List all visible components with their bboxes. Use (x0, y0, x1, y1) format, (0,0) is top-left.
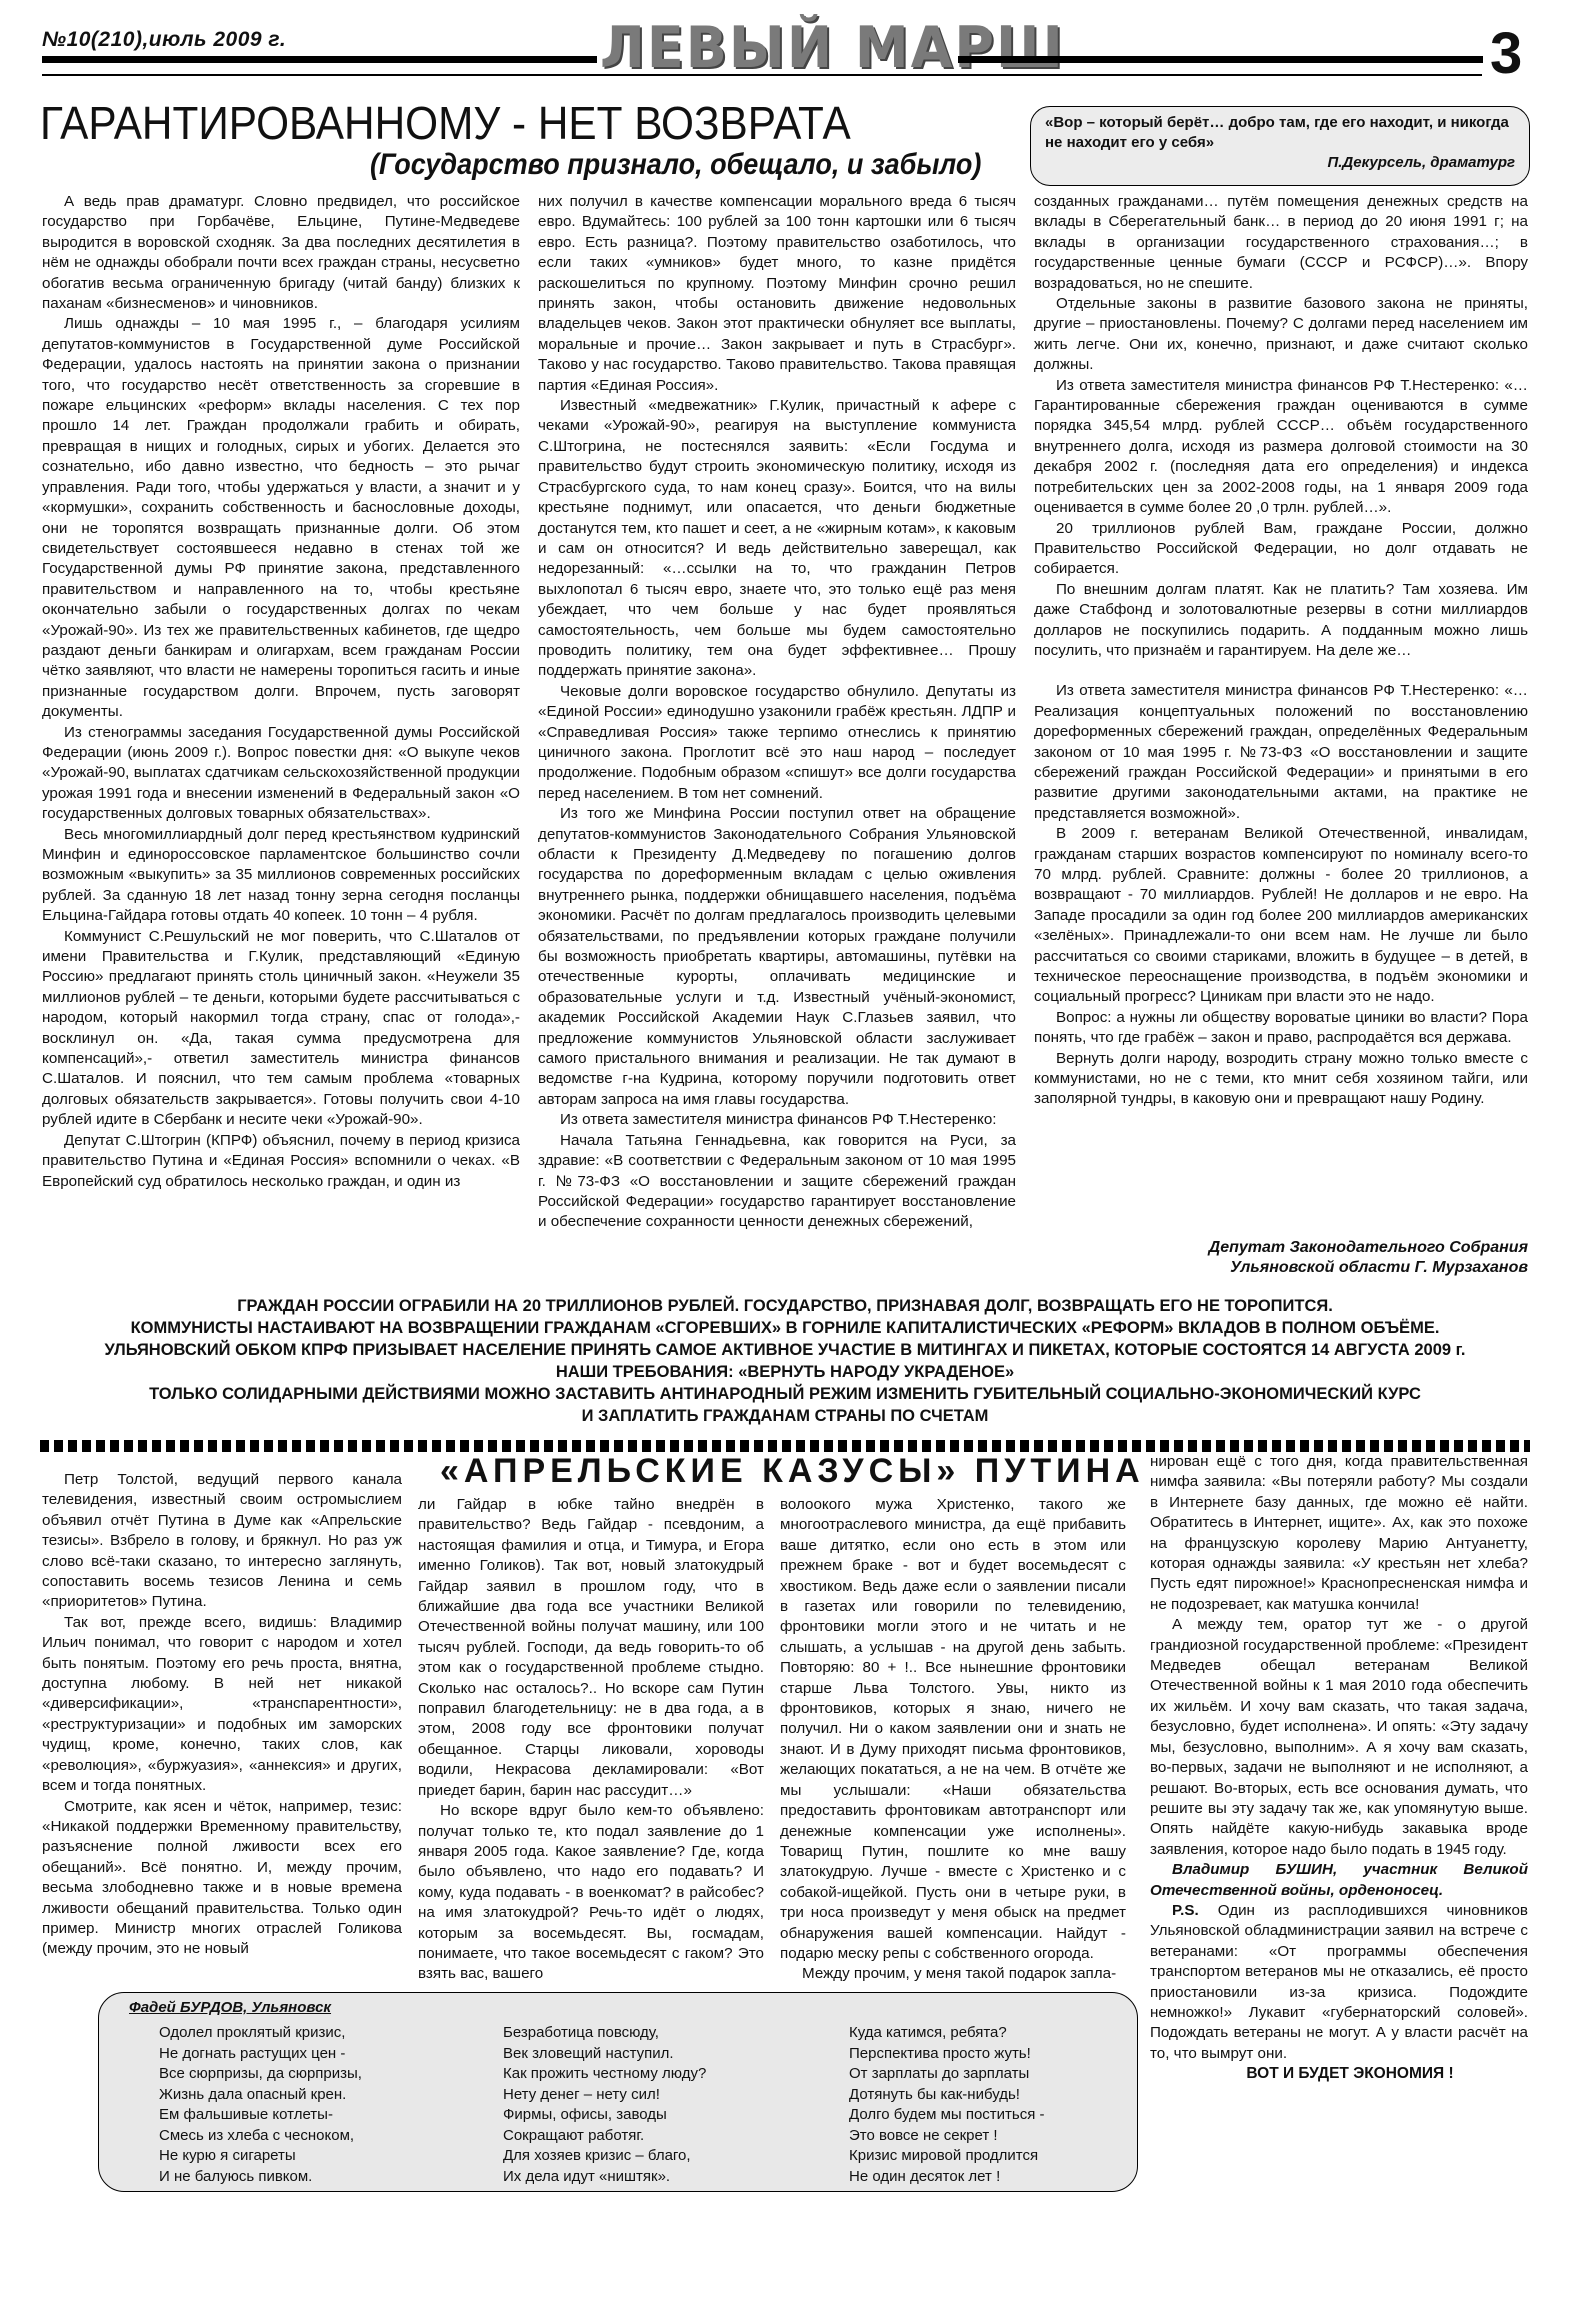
poem-line: Не догнать растущих цен - (159, 2044, 362, 2065)
ps-label: P.S. (1172, 1902, 1199, 1919)
paragraph: В 2009 г. ветеранам Великой Отечественно… (1034, 824, 1528, 1008)
paragraph: Отдельные законы в развитие базового зак… (1034, 294, 1528, 376)
paragraph: Из ответа заместителя министра финансов … (1034, 376, 1528, 519)
poem-line: Сокращают работяг. (503, 2126, 706, 2147)
poem-line: Век зловещий наступил. (503, 2044, 706, 2065)
paragraph: Вернуть долги народу, возродить страну м… (1034, 1049, 1528, 1110)
epigraph-author: П.Декурсель, драматург (1045, 153, 1515, 173)
paragraph: Весь многомиллиардный долг перед крестья… (42, 825, 520, 927)
paragraph: Коммунист С.Решульский не мог поверить, … (42, 927, 520, 1131)
poem-box: Фадей БУРДОВ, Ульяновск Одолел проклятый… (98, 1992, 1138, 2192)
poem-line: И не балуюсь пивком. (159, 2167, 362, 2188)
paragraph: Но вскоре вдруг было кем-то объявлено: п… (418, 1801, 764, 1985)
article1-column-3: созданных гражданами… путём помещения де… (1034, 192, 1528, 1110)
masthead-rule-thin (42, 74, 1482, 76)
epigraph-text: «Вор – который берёт… добро там, где его… (1045, 113, 1515, 153)
article1-headline: ГАРАНТИРОВАННОМУ - НЕТ ВОЗВРАТА (40, 96, 851, 150)
poem-line: Все сюрпризы, да сюрпризы, (159, 2064, 362, 2085)
paragraph: них получил в качестве компенсации морал… (538, 192, 1016, 396)
paragraph: Известный «медвежатник» Г.Кулик, причаст… (538, 396, 1016, 682)
postscript: P.S. Один из расплодившихся чиновников У… (1150, 1901, 1528, 2064)
poem-line: Кризис мировой продлится (849, 2146, 1045, 2167)
poem-line: Для хозяев кризис – благо, (503, 2146, 706, 2167)
paragraph: Из того же Минфина России поступил ответ… (538, 804, 1016, 1110)
paragraph: Из ответа заместителя министра финансов … (538, 1110, 1016, 1130)
masthead-rule-left (42, 56, 597, 63)
paragraph: Вопрос: а нужны ли обществу вороватые ци… (1034, 1008, 1528, 1049)
poem-line: Перспектива просто жуть! (849, 2044, 1045, 2065)
article1-signature: Депутат Законодательного Собрания Ульяно… (1034, 1238, 1528, 1278)
paragraph: Депутат С.Штогрин (КПРФ) объяснил, почем… (42, 1131, 520, 1192)
signature-line: Ульяновской области Г. Мурзаханов (1034, 1258, 1528, 1278)
paragraph: Из ответа заместителя министра финансов … (1034, 681, 1528, 824)
article2-column-1: Петр Толстой, ведущий первого канала тел… (42, 1470, 402, 1960)
paragraph: созданных гражданами… путём помещения де… (1034, 192, 1528, 294)
paragraph: Начала Татьяна Геннадьевна, как говоритс… (538, 1131, 1016, 1233)
author-signature: Владимир БУШИН, участник Великой Отечест… (1150, 1860, 1528, 1901)
paragraph: Смотрите, как ясен и чёток, например, те… (42, 1797, 402, 1960)
poem-line: Одолел проклятый кризис, (159, 2023, 362, 2044)
paragraph: А между тем, оратор тут же - о другой гр… (1150, 1615, 1528, 1860)
signature-line: Депутат Законодательного Собрания (1034, 1238, 1528, 1258)
paragraph: Чековые долги воровское государство обну… (538, 682, 1016, 804)
poem-line: Их дела идут «ништяк». (503, 2167, 706, 2188)
poem-line: Как прожить честному люду? (503, 2064, 706, 2085)
paragraph: Из стенограммы заседания Государственной… (42, 723, 520, 825)
poem-line: Нету денег – нету сил! (503, 2085, 706, 2106)
poem-line: Не курю я сигареты (159, 2146, 362, 2167)
poem-line: Смесь из хлеба с чесноком, (159, 2126, 362, 2147)
epigraph-box: «Вор – который берёт… добро там, где его… (1030, 106, 1530, 186)
poem-line: Безработица повсюду, (503, 2023, 706, 2044)
banner-line: НАШИ ТРЕБОВАНИЯ: «ВЕРНУТЬ НАРОДУ УКРАДЕН… (40, 1361, 1530, 1383)
article2-title: «АПРЕЛЬСКИЕ КАЗУСЫ» ПУТИНА (440, 1452, 1145, 1491)
ps-text: Один из расплодившихся чиновников Ульяно… (1150, 1902, 1528, 2062)
issue-number: №10(210),июль 2009 г. (42, 28, 286, 52)
banner-line: УЛЬЯНОВСКИЙ ОБКОМ КПРФ ПРИЗЫВАЕТ НАСЕЛЕН… (40, 1339, 1530, 1361)
paragraph: 20 триллионов рублей Вам, граждане Росси… (1034, 519, 1528, 580)
poem-stanza-2: Безработица повсюду, Век зловещий наступ… (503, 2023, 706, 2187)
poem-line: Куда катимся, ребята? (849, 2023, 1045, 2044)
appeal-banner: ГРАЖДАН РОССИИ ОГРАБИЛИ НА 20 ТРИЛЛИОНОВ… (40, 1295, 1530, 1427)
poem-line: Долго будем мы поститься - (849, 2105, 1045, 2126)
poem-stanza-1: Одолел проклятый кризис, Не догнать раст… (159, 2023, 362, 2187)
masthead-rule-right (958, 56, 1483, 63)
paragraph: По внешним долгам платят. Как не платить… (1034, 580, 1528, 662)
poem-line: Жизнь дала опасный крен. (159, 2085, 362, 2106)
paragraph: волоокого мужа Христенко, такого же мног… (780, 1495, 1126, 1964)
paragraph: А ведь прав драматург. Словно предвидел,… (42, 192, 520, 314)
closing-line: ВОТ И БУДЕТ ЭКОНОМИЯ ! (1150, 2064, 1528, 2084)
article1-column-1: А ведь прав драматург. Словно предвидел,… (42, 192, 520, 1192)
poem-line: Не один десяток лет ! (849, 2167, 1045, 2188)
paragraph: нирован ещё с того дня, когда правительс… (1150, 1452, 1528, 1615)
poem-line: Фирмы, офисы, заводы (503, 2105, 706, 2126)
paragraph: Петр Толстой, ведущий первого канала тел… (42, 1470, 402, 1613)
paragraph: ли Гайдар в юбке тайно внедрён в правите… (418, 1495, 764, 1801)
article1-subhead: (Государство признало, обещало, и забыло… (370, 148, 981, 182)
poem-line: Это вовсе не секрет ! (849, 2126, 1045, 2147)
banner-line: КОММУНИСТЫ НАСТАИВАЮТ НА ВОЗВРАЩЕНИИ ГРА… (40, 1317, 1530, 1339)
poem-line: От зарплаты до зарплаты (849, 2064, 1045, 2085)
article1-column-2: них получил в качестве компенсации морал… (538, 192, 1016, 1233)
paragraph: Лишь однажды – 10 мая 1995 г., – благода… (42, 314, 520, 722)
poem-author: Фадей БУРДОВ, Ульяновск (129, 1999, 331, 2016)
dotted-divider (40, 1440, 1530, 1452)
poem-stanza-3: Куда катимся, ребята? Перспектива просто… (849, 2023, 1045, 2187)
newspaper-logo: ЛЕВЫЙ МАРШ (600, 14, 1065, 80)
paragraph: Так вот, прежде всего, видишь: Владимир … (42, 1613, 402, 1797)
paragraph: Между прочим, у меня такой подарок запла… (780, 1964, 1126, 1984)
article2-column-2: ли Гайдар в юбке тайно внедрён в правите… (418, 1495, 764, 1985)
banner-line: И ЗАПЛАТИТЬ ГРАЖДАНАМ СТРАНЫ ПО СЧЕТАМ (40, 1405, 1530, 1427)
article2-column-4: нирован ещё с того дня, когда правительс… (1150, 1452, 1528, 2085)
poem-line: Ем фальшивые котлеты- (159, 2105, 362, 2126)
page-number: 3 (1490, 20, 1522, 87)
article2-column-3: волоокого мужа Христенко, такого же мног… (780, 1495, 1126, 1985)
banner-line: ГРАЖДАН РОССИИ ОГРАБИЛИ НА 20 ТРИЛЛИОНОВ… (40, 1295, 1530, 1317)
banner-line: ТОЛЬКО СОЛИДАРНЫМИ ДЕЙСТВИЯМИ МОЖНО ЗАСТ… (40, 1383, 1530, 1405)
poem-line: Дотянуть бы как-нибудь! (849, 2085, 1045, 2106)
